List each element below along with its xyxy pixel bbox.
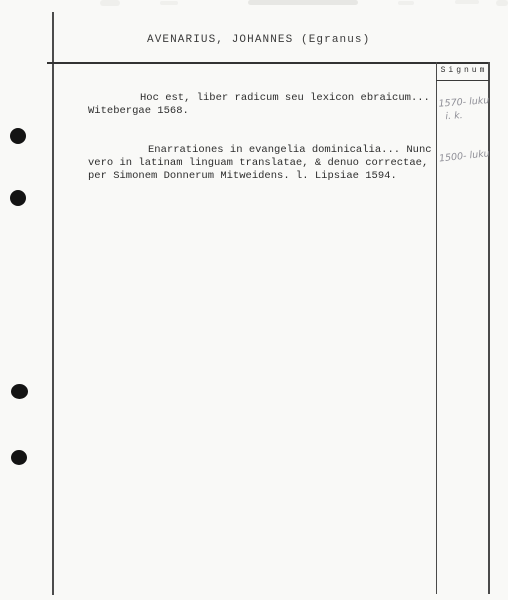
- entry-line: vero in latinam linguam translatae, & de…: [88, 157, 436, 170]
- left-margin-rule: [52, 12, 54, 595]
- scan-artifact: [455, 0, 479, 4]
- scan-artifact: [100, 0, 120, 6]
- signum-annotation: 1500- luku: [438, 148, 487, 166]
- signum-header-underline: [436, 80, 489, 81]
- entry-line: Witebergae 1568.: [88, 105, 436, 118]
- page-title: AVENARIUS, JOHANNES (Egranus): [147, 34, 370, 46]
- hole-punch: [10, 190, 26, 206]
- handwritten-line: i. k.: [439, 107, 488, 123]
- signum-column-left-border: [436, 62, 437, 594]
- scan-artifact: [160, 1, 178, 5]
- catalog-entry: Hoc est, liber radicum seu lexicon ebrai…: [88, 92, 436, 118]
- catalog-entry: Enarrationes in evangelia dominicalia...…: [88, 144, 436, 183]
- handwritten-line: 1500- luku: [438, 148, 487, 166]
- entry-line: Hoc est, liber radicum seu lexicon ebrai…: [88, 92, 436, 105]
- table-top-border: [47, 62, 489, 64]
- signum-column-header: Signum: [437, 66, 488, 75]
- hole-punch: [10, 128, 26, 144]
- hole-punch: [11, 384, 28, 399]
- catalog-entries: Hoc est, liber radicum seu lexicon ebrai…: [88, 92, 436, 183]
- hole-punch: [11, 450, 27, 465]
- entry-line: Enarrationes in evangelia dominicalia...…: [88, 144, 436, 157]
- scan-artifact: [398, 1, 414, 5]
- signum-annotation: 1570- luku i. k.: [438, 94, 488, 123]
- scan-artifact: [248, 0, 358, 5]
- scan-artifact: [496, 0, 508, 6]
- catalog-card-page: AVENARIUS, JOHANNES (Egranus) Signum Hoc…: [0, 0, 508, 600]
- entry-line: per Simonem Donnerum Mitweidens. l. Lips…: [88, 170, 436, 183]
- signum-column-right-border: [488, 62, 490, 594]
